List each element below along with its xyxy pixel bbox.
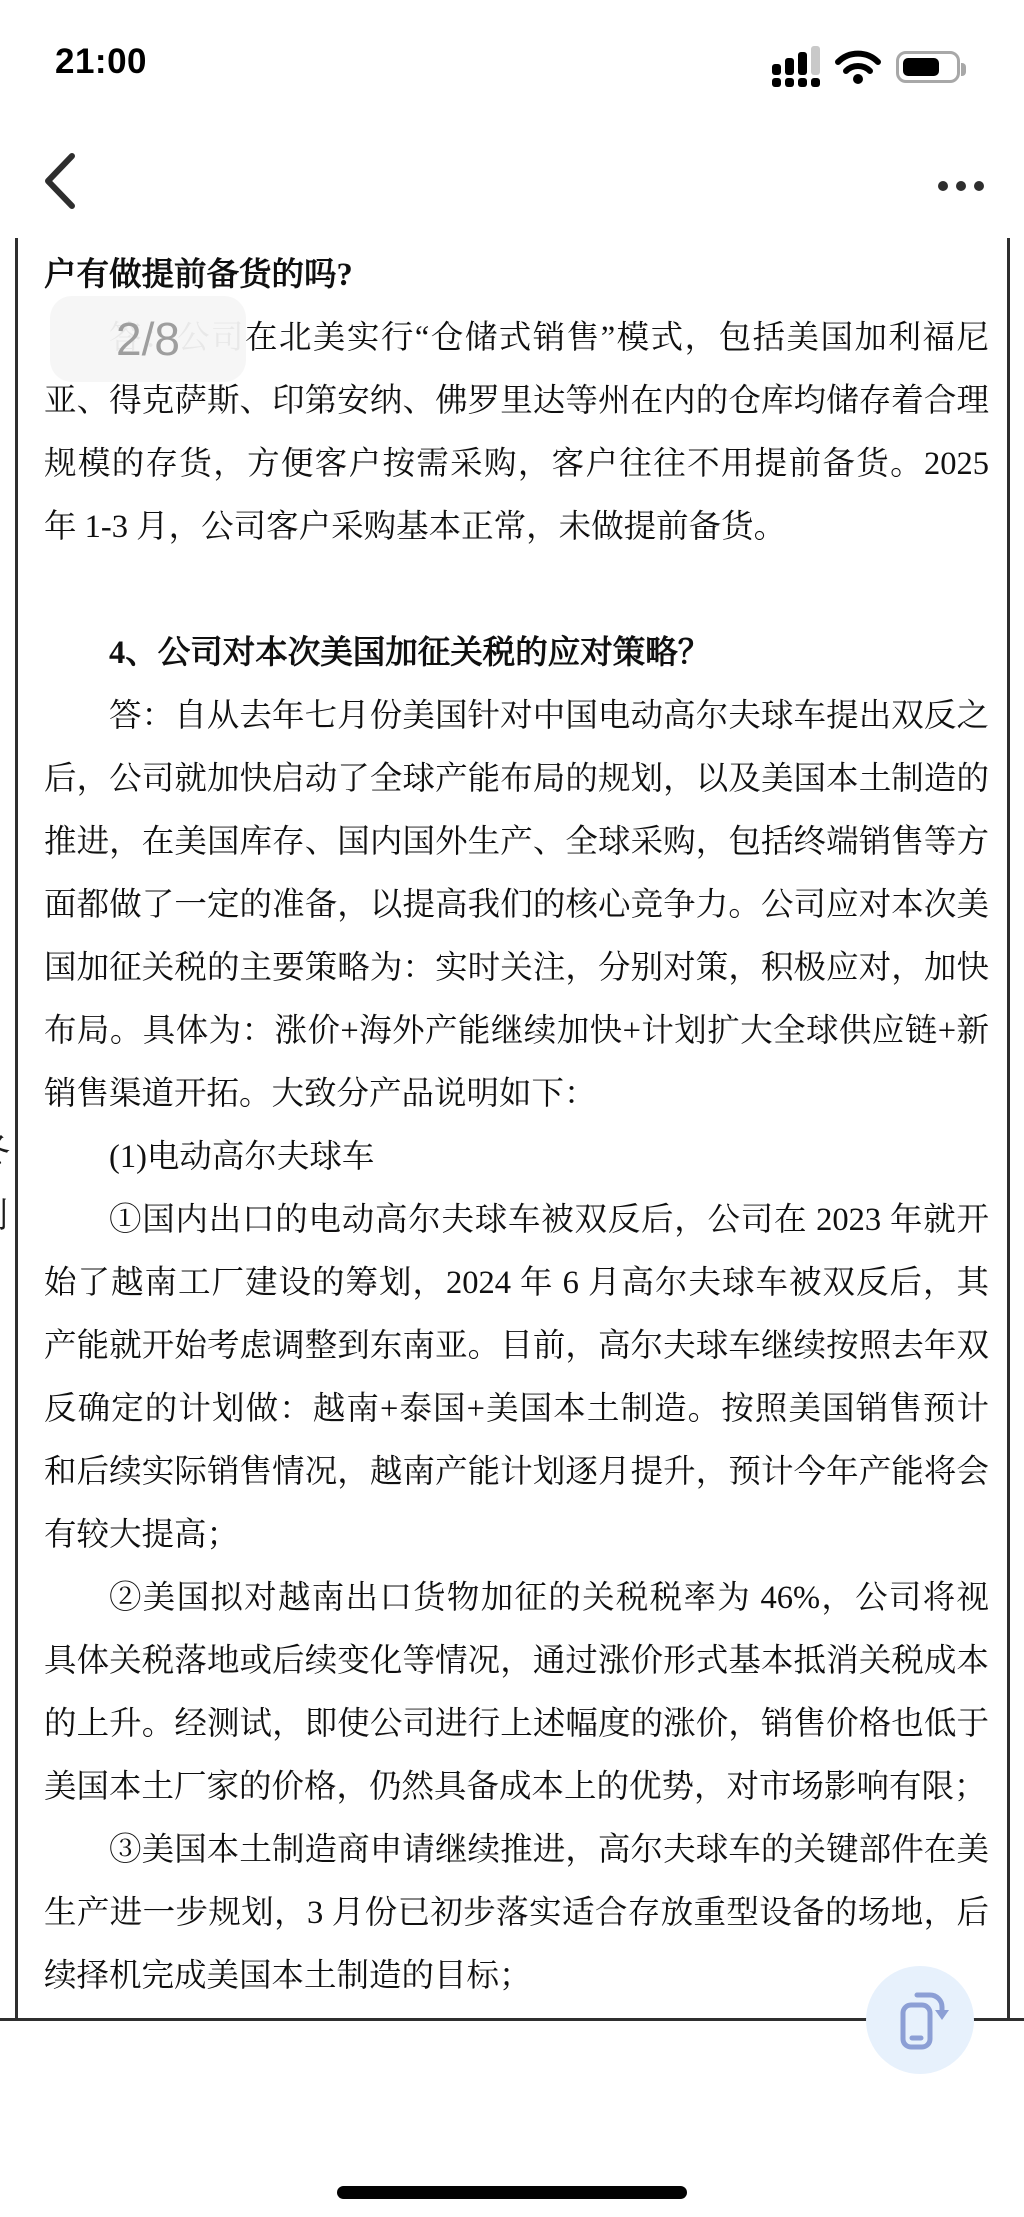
back-button[interactable] — [36, 150, 88, 212]
home-indicator[interactable] — [337, 2186, 687, 2199]
item1-point3: ③美国本土制造商申请继续推进，高尔夫球车的关键部件在美生产进一步规划，3 月份已… — [44, 1819, 989, 2008]
page-indicator-label: 2/8 — [116, 312, 180, 366]
status-icons — [772, 46, 960, 88]
answer-paragraph-4: 答：自从去年七月份美国针对中国电动高尔夫球车提出双反之后，公司就加快启动了全球产… — [44, 685, 989, 1126]
ellipsis-icon — [938, 181, 948, 191]
more-options-button[interactable] — [914, 168, 984, 204]
item1-point1: ①国内出口的电动高尔夫球车被双反后，公司在 2023 年就开始了越南工厂建设的筹… — [44, 1189, 989, 1567]
chevron-left-icon — [36, 150, 88, 212]
rotate-screen-button[interactable] — [866, 1966, 974, 2074]
document-page[interactable]: 户有做提前备货的吗? 答：公司在北美实行“仓储式销售”模式，包括美国加利福尼亚、… — [15, 238, 1010, 2018]
page-indicator-pill: 2/8 — [50, 296, 246, 382]
ellipsis-icon — [974, 181, 984, 191]
ellipsis-icon — [956, 181, 966, 191]
question4-heading: 4、公司对本次美国加征关税的应对策略？ — [44, 622, 989, 685]
edge-text-fragment: 冬 — [0, 1122, 13, 1174]
status-time: 21:00 — [55, 42, 147, 82]
rotate-phone-icon — [887, 1987, 953, 2053]
item1-point2: ②美国拟对越南出口货物加征的关税税率为 46%，公司将视具体关税落地或后续变化等… — [44, 1567, 989, 1819]
item1-heading: (1)电动高尔夫球车 — [44, 1126, 989, 1189]
document-text: 户有做提前备货的吗? 答：公司在北美实行“仓储式销售”模式，包括美国加利福尼亚、… — [18, 238, 1007, 2008]
cellular-signal-icon — [772, 47, 820, 87]
battery-icon — [896, 51, 960, 83]
wifi-icon — [834, 49, 882, 85]
edge-text-fragment: 刂 — [0, 1188, 13, 1240]
